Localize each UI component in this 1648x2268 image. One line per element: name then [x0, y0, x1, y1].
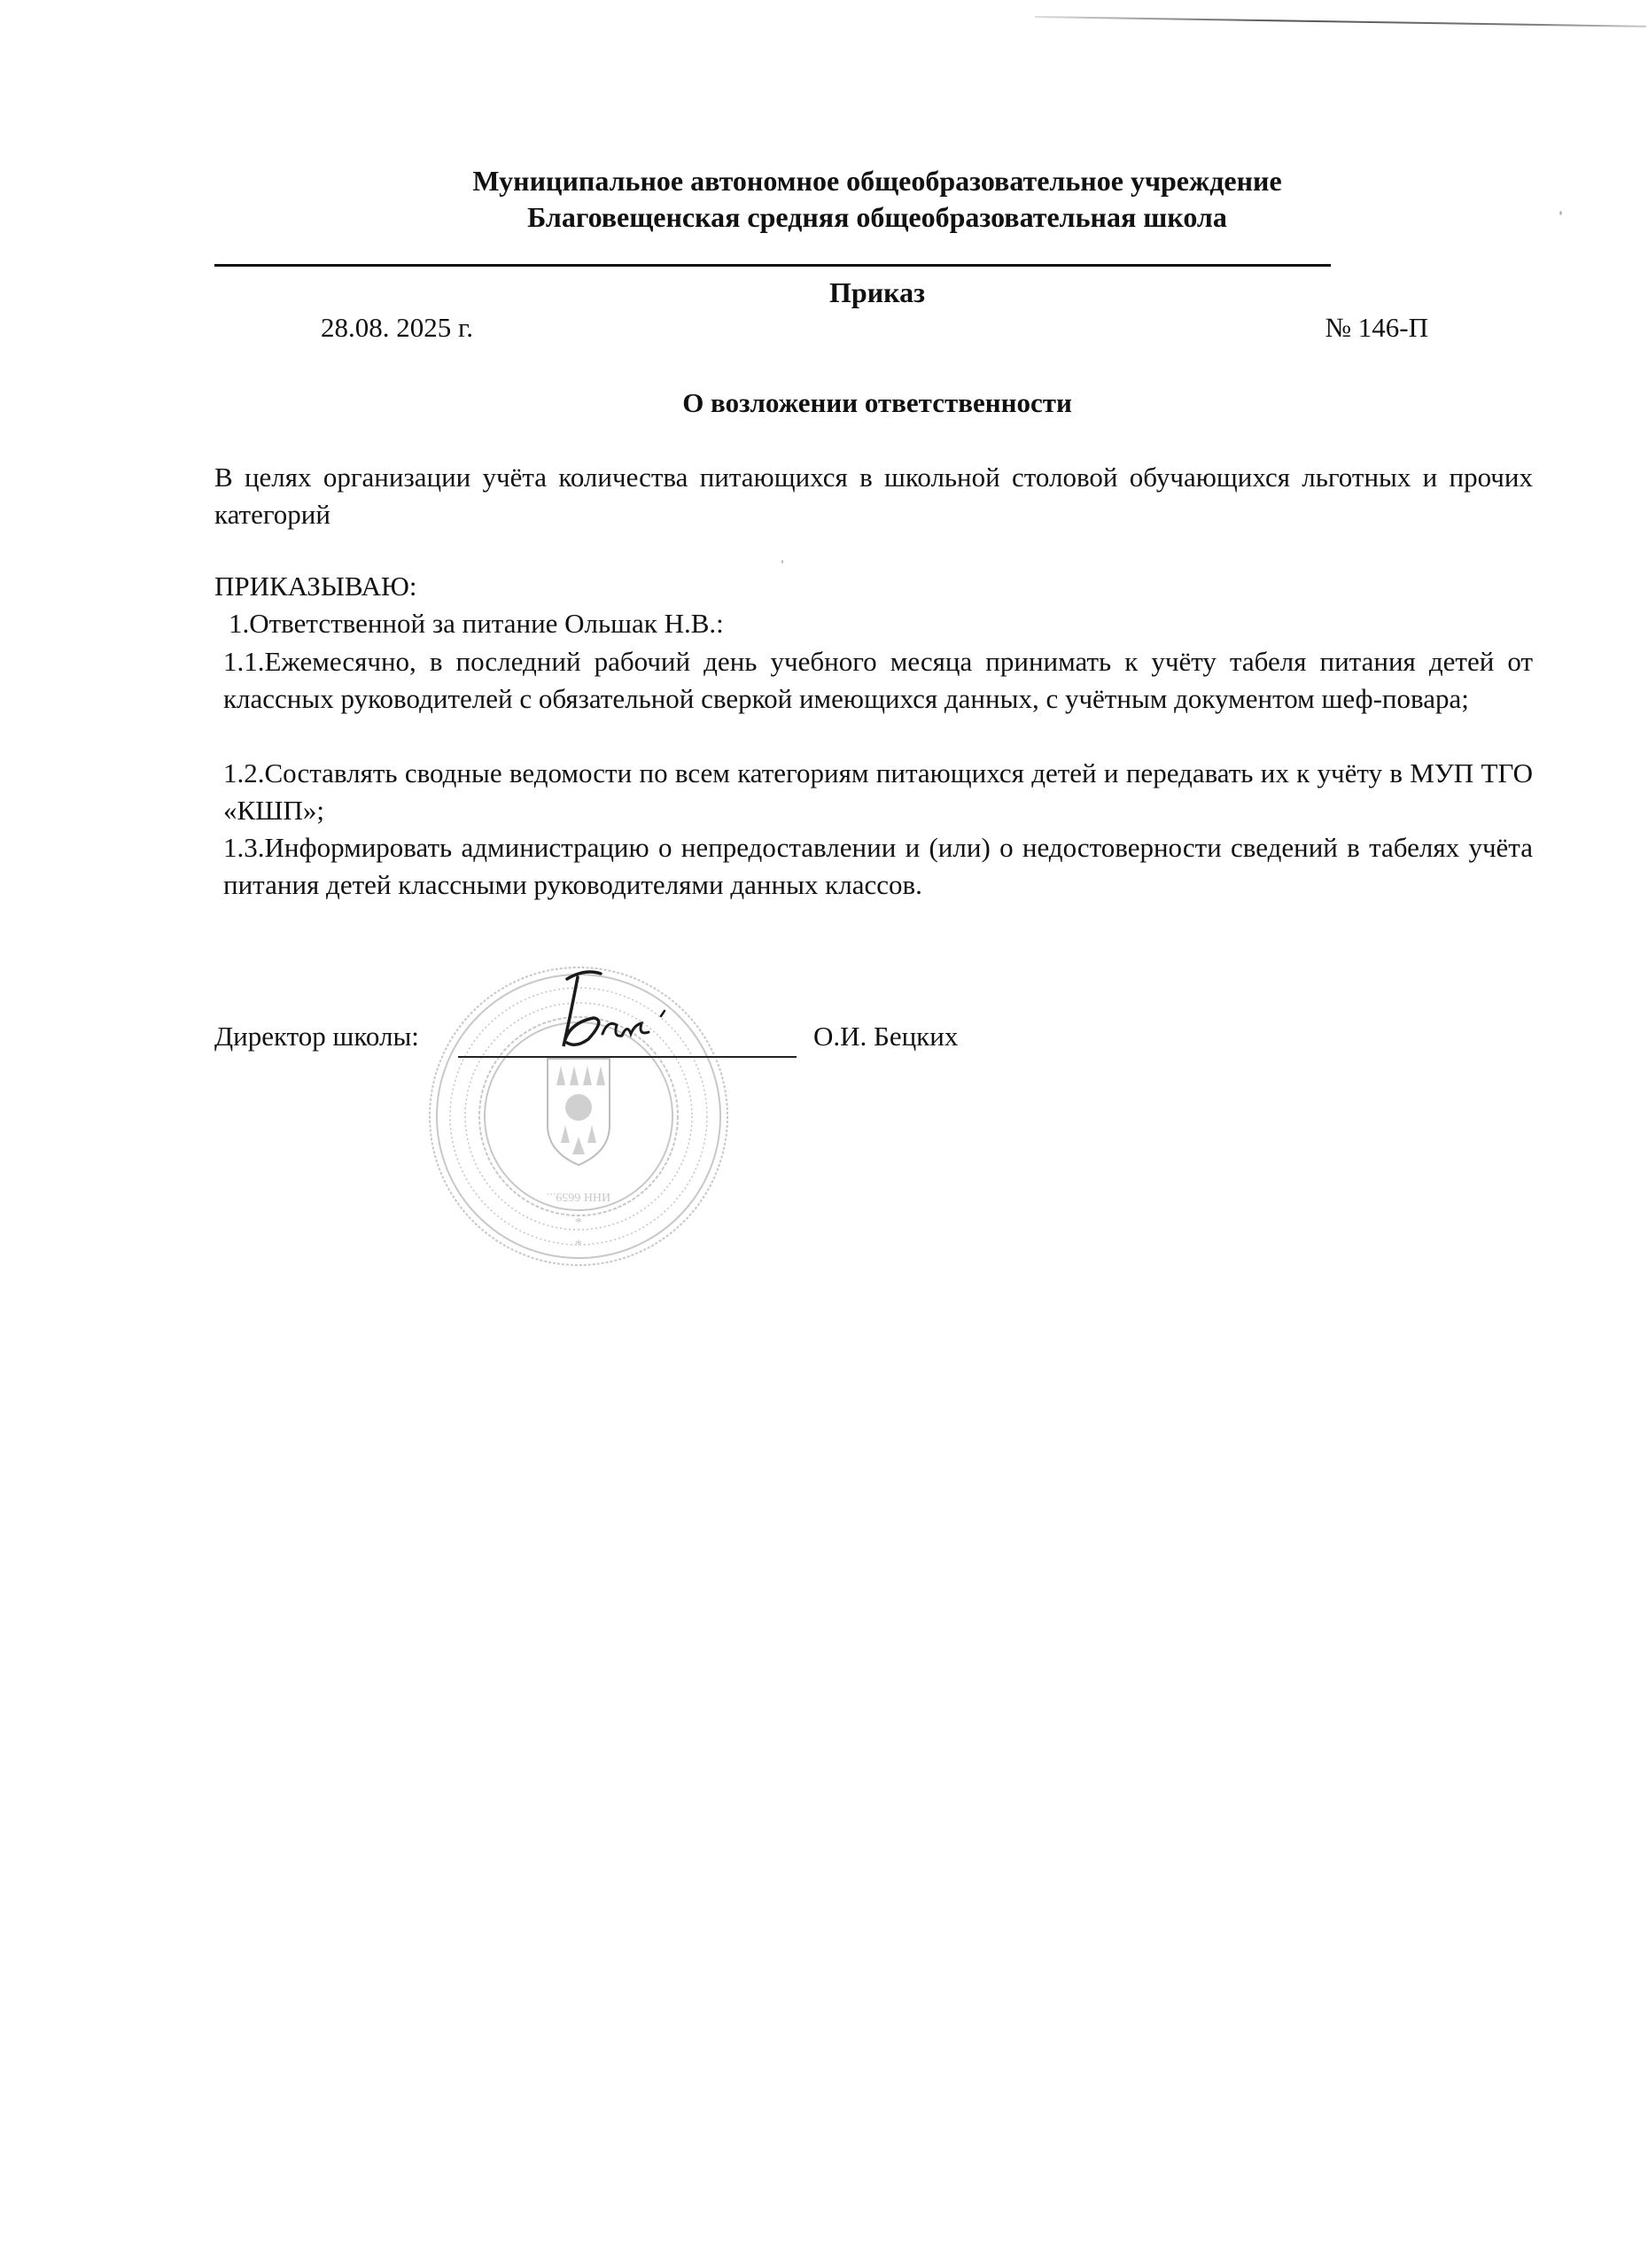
- organization-name-line-1: Муниципальное автономное общеобразовател…: [0, 163, 1648, 198]
- order-item-1-3-text: 1.3.Информировать администрацию о непред…: [223, 829, 1533, 904]
- scan-speck: [781, 560, 783, 563]
- preamble: В целях организации учёта количества пит…: [214, 459, 1533, 533]
- order-date: 28.08. 2025 г.: [321, 310, 473, 346]
- order-item-1-1-text: 1.1.Ежемесячно, в последний рабочий день…: [223, 643, 1533, 718]
- handwritten-signature-icon: [532, 961, 673, 1059]
- svg-text:*: *: [575, 1216, 582, 1231]
- order-item-1-2-text: 1.2.Составлять сводные ведомости по всем…: [223, 755, 1533, 829]
- order-item-1-1: 1.1.Ежемесячно, в последний рабочий день…: [223, 643, 1533, 718]
- svg-text:*: *: [575, 1238, 582, 1253]
- signatory-name: О.И. Бецких: [813, 1019, 958, 1054]
- header-divider: [214, 264, 1331, 267]
- scan-edge-line: [1035, 16, 1646, 27]
- svg-text:ИНН 6659...: ИНН 6659...: [547, 1190, 610, 1203]
- signature-role: Директор школы:: [214, 1019, 419, 1054]
- order-number: № 146-П: [1325, 310, 1428, 346]
- preamble-text: В целях организации учёта количества пит…: [214, 459, 1533, 533]
- order-word: ПРИКАЗЫВАЮ:: [214, 569, 416, 604]
- order-title: О возложении ответственности: [0, 385, 1648, 421]
- order-item-1-3: 1.3.Информировать администрацию о непред…: [223, 829, 1533, 904]
- document-type: Приказ: [0, 275, 1648, 310]
- order-item-1: 1.Ответственной за питание Ольшак Н.В.:: [229, 606, 724, 641]
- scan-speck: [1559, 211, 1562, 215]
- organization-name-line-2: Благовещенская средняя общеобразовательн…: [0, 199, 1648, 235]
- order-item-1-2: 1.2.Составлять сводные ведомости по всем…: [223, 755, 1533, 829]
